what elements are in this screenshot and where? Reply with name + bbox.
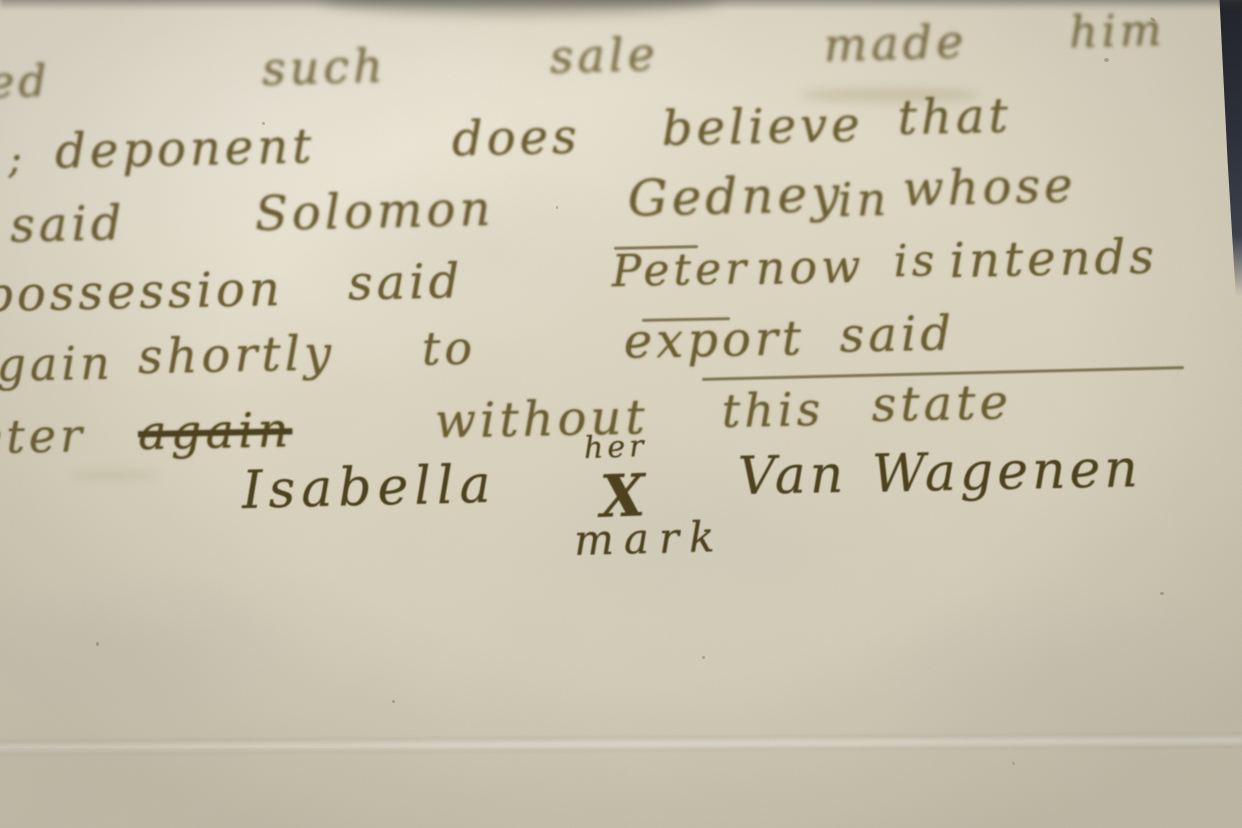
paper-speck: [96, 642, 99, 646]
word: said: [839, 306, 955, 364]
word: ed: [0, 56, 51, 109]
word: intends: [949, 229, 1158, 289]
word: that: [897, 88, 1012, 146]
word: now: [755, 239, 865, 295]
word: Peter: [611, 243, 750, 297]
word: to: [421, 321, 476, 376]
word: is: [893, 235, 939, 287]
word: possession: [0, 261, 284, 323]
word: said: [347, 253, 463, 311]
manuscript-photo: ed such sale made him ; deponent does be…: [0, 0, 1242, 828]
signature-surname-van: Van: [737, 445, 848, 507]
word: shortly: [137, 325, 335, 385]
word: state: [871, 374, 1012, 433]
word-fragment: ;: [8, 136, 26, 182]
word: again: [0, 336, 114, 393]
word: said: [10, 195, 127, 254]
word: does: [451, 109, 581, 168]
word: believe: [661, 97, 864, 157]
signature-given-name: Isabella: [241, 455, 497, 521]
her-mark-label-bottom: mark: [573, 512, 725, 565]
word: made: [823, 14, 968, 72]
paper-speck: [392, 700, 395, 703]
word: such: [261, 39, 387, 96]
strikethrough-word: again: [138, 402, 293, 461]
word: him: [1069, 5, 1167, 59]
paper-speck: [702, 656, 705, 659]
word: Peter: [0, 408, 86, 465]
word: Gedney: [627, 165, 844, 228]
top-edge-shadow-blob: [320, 0, 720, 14]
signature-surname-wagenen: Wagenen: [871, 439, 1142, 505]
word: whose: [902, 158, 1077, 218]
word: Solomon: [254, 181, 495, 242]
word: deponent: [55, 118, 316, 179]
paper-speck: [1160, 592, 1164, 595]
word: in: [837, 172, 891, 227]
word: sale: [549, 27, 659, 84]
paper-below-crease: [0, 748, 1242, 828]
word: this: [721, 382, 824, 438]
